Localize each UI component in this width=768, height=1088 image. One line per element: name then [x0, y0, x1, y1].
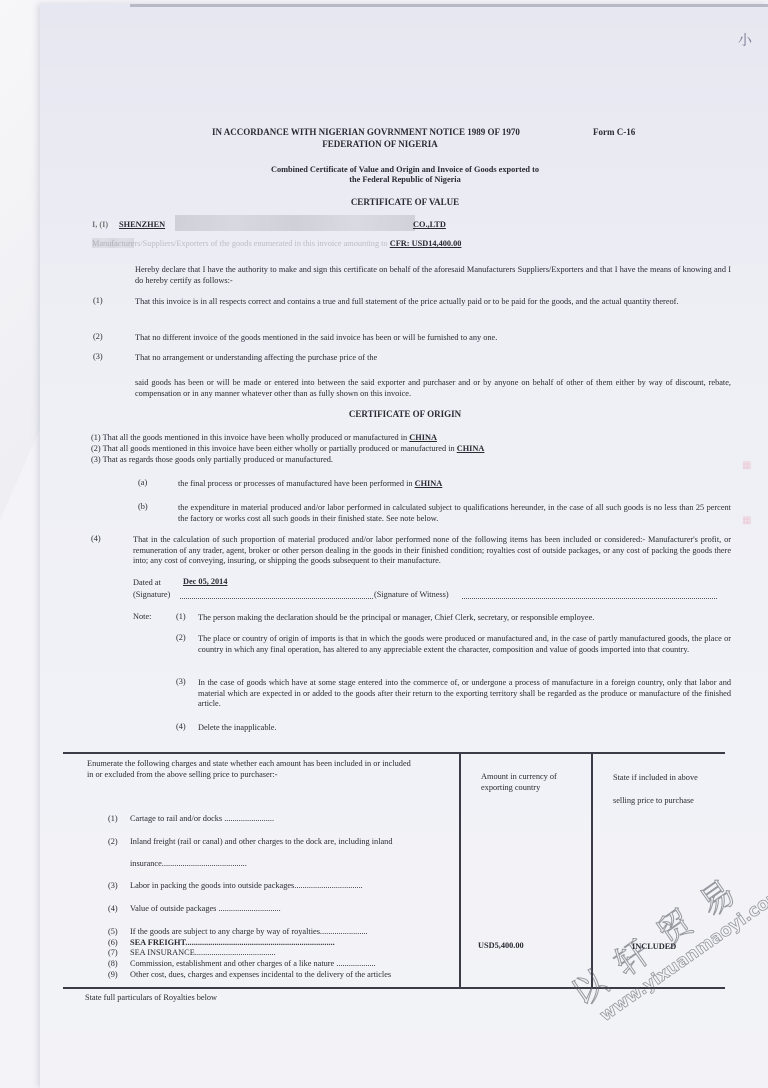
note-text: The person making the declaration should… — [198, 613, 594, 624]
charge-item: (5)If the goods are subject to any charg… — [108, 927, 368, 938]
federation-title: FEDERATION OF NIGERIA — [180, 139, 580, 150]
clause-text: That this invoice is in all respects cor… — [135, 297, 731, 308]
origin-country: CHINA — [457, 444, 485, 453]
charge-item-number: (8) — [108, 959, 130, 970]
charges-intro: Enumerate the following charges and stat… — [87, 759, 417, 780]
origin-statement: (3) That as regards those goods only par… — [91, 455, 333, 466]
page-edge — [130, 4, 768, 7]
signature-line[interactable] — [180, 598, 373, 599]
signature-label: (Signature) — [133, 590, 170, 601]
stamp-mark: ▦ — [742, 515, 751, 526]
charge-item-text: SEA INSURANCE...........................… — [130, 948, 276, 957]
origin-statement: (2) That all goods mentioned in this inv… — [91, 444, 484, 455]
sea-freight-amount: USD5,400.00 — [478, 941, 524, 952]
amount-column-header: Amount in currency of exporting country — [481, 772, 586, 793]
dated-label: Dated at — [133, 578, 161, 589]
dated-value: Dec 05, 2014 — [183, 577, 227, 588]
included-column-header: State if included in above — [613, 773, 698, 784]
note-text: Delete the inapplicable. — [198, 723, 277, 734]
charge-item-text: Other cost, dues, charges and expenses i… — [130, 970, 391, 979]
sub-item-text: the expenditure in material produced and… — [178, 503, 731, 524]
charge-item: (6)SEA FREIGHT..........................… — [108, 938, 335, 949]
declarant-prefix: I, (I) — [92, 220, 108, 231]
charge-item-text: Inland freight (rail or canal) and other… — [130, 837, 392, 846]
company-name-start: SHENZHEN — [119, 220, 165, 231]
clause-text: That no arrangement or understanding aff… — [135, 353, 377, 364]
note-number: (2) — [176, 633, 186, 644]
charge-item: insurance...............................… — [108, 859, 247, 870]
declaration-text: Hereby declare that I have the authority… — [135, 265, 731, 286]
charge-item: (2)Inland freight (rail or canal) and ot… — [108, 837, 392, 848]
note-number: (4) — [176, 722, 186, 733]
clause4-number: (4) — [91, 534, 101, 545]
origin-country: CHINA — [409, 433, 437, 442]
charge-item-number: (2) — [108, 837, 130, 848]
handwritten-mark: 小 — [738, 30, 752, 50]
note-text: The place or country of origin of import… — [198, 634, 731, 655]
charge-item-number: (7) — [108, 948, 130, 959]
charge-item-number: (1) — [108, 814, 130, 825]
charge-item-text: SEA FREIGHT.............................… — [130, 938, 335, 947]
clause-number: (1) — [93, 296, 103, 307]
note-label: Note: — [133, 612, 151, 623]
charge-item: (7)SEA INSURANCE........................… — [108, 948, 276, 959]
charge-item: (1)Cartage to rail and/or docks ........… — [108, 814, 274, 825]
royalties-label: State full particulars of Royalties belo… — [85, 993, 217, 1004]
charge-item: (3)Labor in packing the goods into outsi… — [108, 881, 363, 892]
witness-signature-line[interactable] — [462, 598, 717, 599]
clause-text: That no different invoice of the goods m… — [135, 333, 497, 344]
note-text: In the case of goods which have at some … — [198, 678, 731, 710]
amount-line: Manufacturers/Suppliers/Exporters of the… — [92, 239, 461, 250]
certificate-of-origin-heading: CERTIFICATE OF ORIGIN — [180, 409, 630, 420]
charge-item-number: (5) — [108, 927, 130, 938]
company-name-end: CO.,LTD — [413, 220, 446, 231]
clause4-text: That in the calculation of such proporti… — [133, 535, 731, 567]
origin-statement: (1) That all the goods mentioned in this… — [91, 433, 437, 444]
note-number: (1) — [176, 612, 186, 623]
certificate-of-value-heading: CERTIFICATE OF VALUE — [180, 197, 630, 208]
charge-item-number: (6) — [108, 938, 130, 949]
charge-item-number: (4) — [108, 904, 130, 915]
sub-item-number: (b) — [138, 502, 148, 513]
form-number: Form C-16 — [593, 127, 635, 138]
charge-item-number: (9) — [108, 970, 130, 981]
charge-item-text: Value of outside packages ..............… — [130, 904, 281, 913]
subtitle-line1: Combined Certificate of Value and Origin… — [180, 165, 630, 176]
witness-label: (Signature of Witness) — [374, 590, 449, 601]
table-top-border — [63, 752, 725, 754]
amount-line-prefix: Manufacturers/Suppliers/Exporters of the… — [92, 239, 388, 248]
charge-item-text: insurance...............................… — [130, 859, 247, 868]
table-column-divider — [459, 753, 461, 987]
sub-item-number: (a) — [138, 478, 147, 489]
charge-item-text: Commission, establishment and other char… — [130, 959, 376, 968]
redacted-company-name — [175, 215, 415, 231]
charge-item-text: If the goods are subject to any charge b… — [130, 927, 368, 936]
note-number: (3) — [176, 677, 186, 688]
charge-item: (9)Other cost, dues, charges and expense… — [108, 970, 391, 981]
origin-country: CHINA — [415, 479, 443, 488]
sub-item-text: the final process or processes of manufa… — [178, 479, 442, 490]
charge-item-text: Cartage to rail and/or docks ...........… — [130, 814, 274, 823]
charge-item: (4)Value of outside packages ...........… — [108, 904, 281, 915]
clause-number: (2) — [93, 332, 103, 343]
notice-title: IN ACCORDANCE WITH NIGERIAN GOVRNMENT NO… — [212, 127, 520, 138]
clause3-continuation: said goods has been or will be made or e… — [135, 378, 731, 399]
invoice-amount: CFR: USD14,400.00 — [390, 239, 462, 248]
charge-item: (8)Commission, establishment and other c… — [108, 959, 376, 970]
stamp-mark: ▦ — [742, 460, 751, 471]
charge-item-number: (3) — [108, 881, 130, 892]
included-column-header-line2: selling price to purchase — [613, 796, 694, 807]
clause-number: (3) — [93, 352, 103, 363]
charge-item-text: Labor in packing the goods into outside … — [130, 881, 363, 890]
subtitle-line2: the Federal Republic of Nigeria — [180, 175, 630, 186]
